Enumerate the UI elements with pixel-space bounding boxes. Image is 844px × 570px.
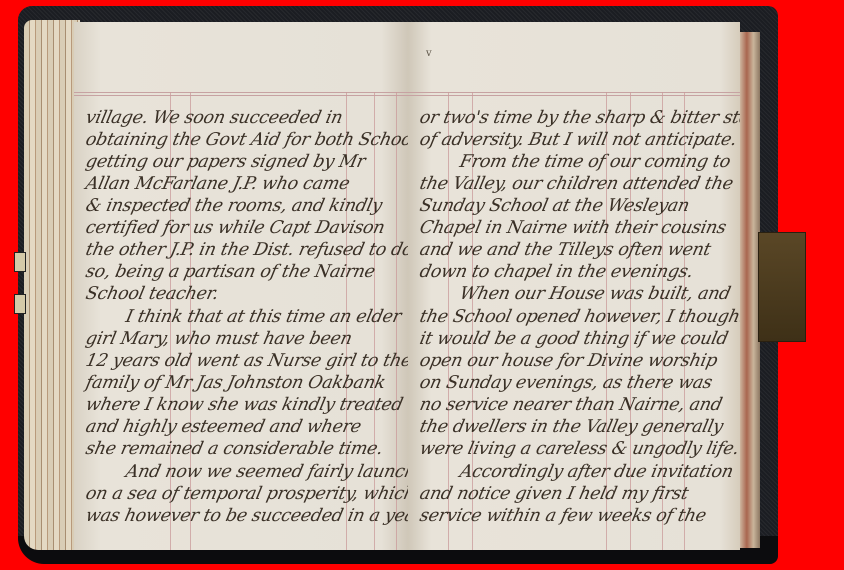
handwritten-line: family of Mr Jas Johnston Oakbank [84, 373, 387, 393]
handwritten-line: 12 years old went as Nurse girl to the [84, 351, 409, 371]
handwritten-line: village. We soon succeeded in [84, 108, 344, 128]
handwritten-line: School teacher. [84, 284, 220, 304]
handwritten-line: When our House was built, and [418, 284, 732, 304]
left-page-stack [24, 20, 80, 550]
brass-clasp [758, 232, 806, 342]
handwritten-line: and we and the Tilleys often went [418, 240, 713, 260]
corner-mark: v [426, 48, 432, 59]
handwritten-line: Sunday School at the Wesleyan [418, 196, 691, 216]
handwritten-line: I think that at this time an elder [84, 307, 403, 327]
handwritten-line: on Sunday evenings, as there was [418, 373, 714, 393]
clasp-hinge-lower [14, 294, 26, 314]
handwritten-line: was however to be succeeded in a year [84, 506, 409, 526]
handwritten-line: and notice given I held my first [418, 484, 690, 504]
handwritten-line: Accordingly after due invitation [418, 462, 735, 482]
left-page: village. We soon succeeded in obtaining … [74, 22, 409, 550]
right-page: v or two's time by the sharp & bitter st… [408, 22, 740, 550]
right-page-stack [738, 32, 760, 548]
open-journal: village. We soon succeeded in obtaining … [18, 6, 796, 564]
handwritten-line: of adversity. But I will not anticipate. [418, 130, 739, 150]
clasp-hinge-upper [14, 252, 26, 272]
header-rule [408, 92, 740, 93]
handwritten-line: the Valley, our children attended the [418, 174, 735, 194]
handwritten-line: From the time of our coming to [418, 152, 732, 172]
handwritten-line: getting our papers signed by Mr [84, 152, 367, 172]
handwritten-line: down to chapel in the evenings. [418, 262, 695, 282]
handwritten-line: and highly esteemed and where [84, 417, 363, 437]
handwritten-line: service within a few weeks of the [418, 506, 708, 526]
handwritten-line: the other J.P. in the Dist. refused to d… [84, 240, 409, 260]
handwritten-line: And now we seemed fairly launched [84, 462, 409, 482]
header-rule [74, 92, 408, 93]
handwritten-line: open our house for Divine worship [418, 351, 719, 371]
handwritten-line: Chapel in Nairne with their cousins [418, 218, 728, 238]
handwritten-line: it would be a good thing if we could [418, 329, 730, 349]
handwritten-line: girl Mary, who must have been [84, 329, 354, 349]
handwritten-line: no service nearer than Nairne, and [418, 395, 724, 415]
handwritten-line: so, being a partisan of the Nairne [84, 262, 377, 282]
handwritten-line: Allan McFarlane J.P. who came [84, 174, 351, 194]
handwritten-line: on a sea of temporal prosperity, which [84, 484, 409, 504]
handwritten-line: obtaining the Govt Aid for both Schools [84, 130, 409, 150]
handwritten-line: & inspected the rooms, and kindly [84, 196, 384, 216]
header-rule-double [74, 95, 408, 96]
handwritten-line: certified for us while Capt Davison [84, 218, 387, 238]
handwritten-line: were living a careless & ungodly life. [418, 439, 740, 459]
header-rule-double [408, 95, 740, 96]
handwritten-line: where I know she was kindly treated [84, 395, 405, 415]
handwritten-line: or two's time by the sharp & bitter stor… [418, 108, 740, 128]
handwritten-line: the School opened however, I thought [418, 307, 740, 327]
handwritten-line: the dwellers in the Valley generally [418, 417, 725, 437]
handwritten-line: she remained a considerable time. [84, 439, 385, 459]
